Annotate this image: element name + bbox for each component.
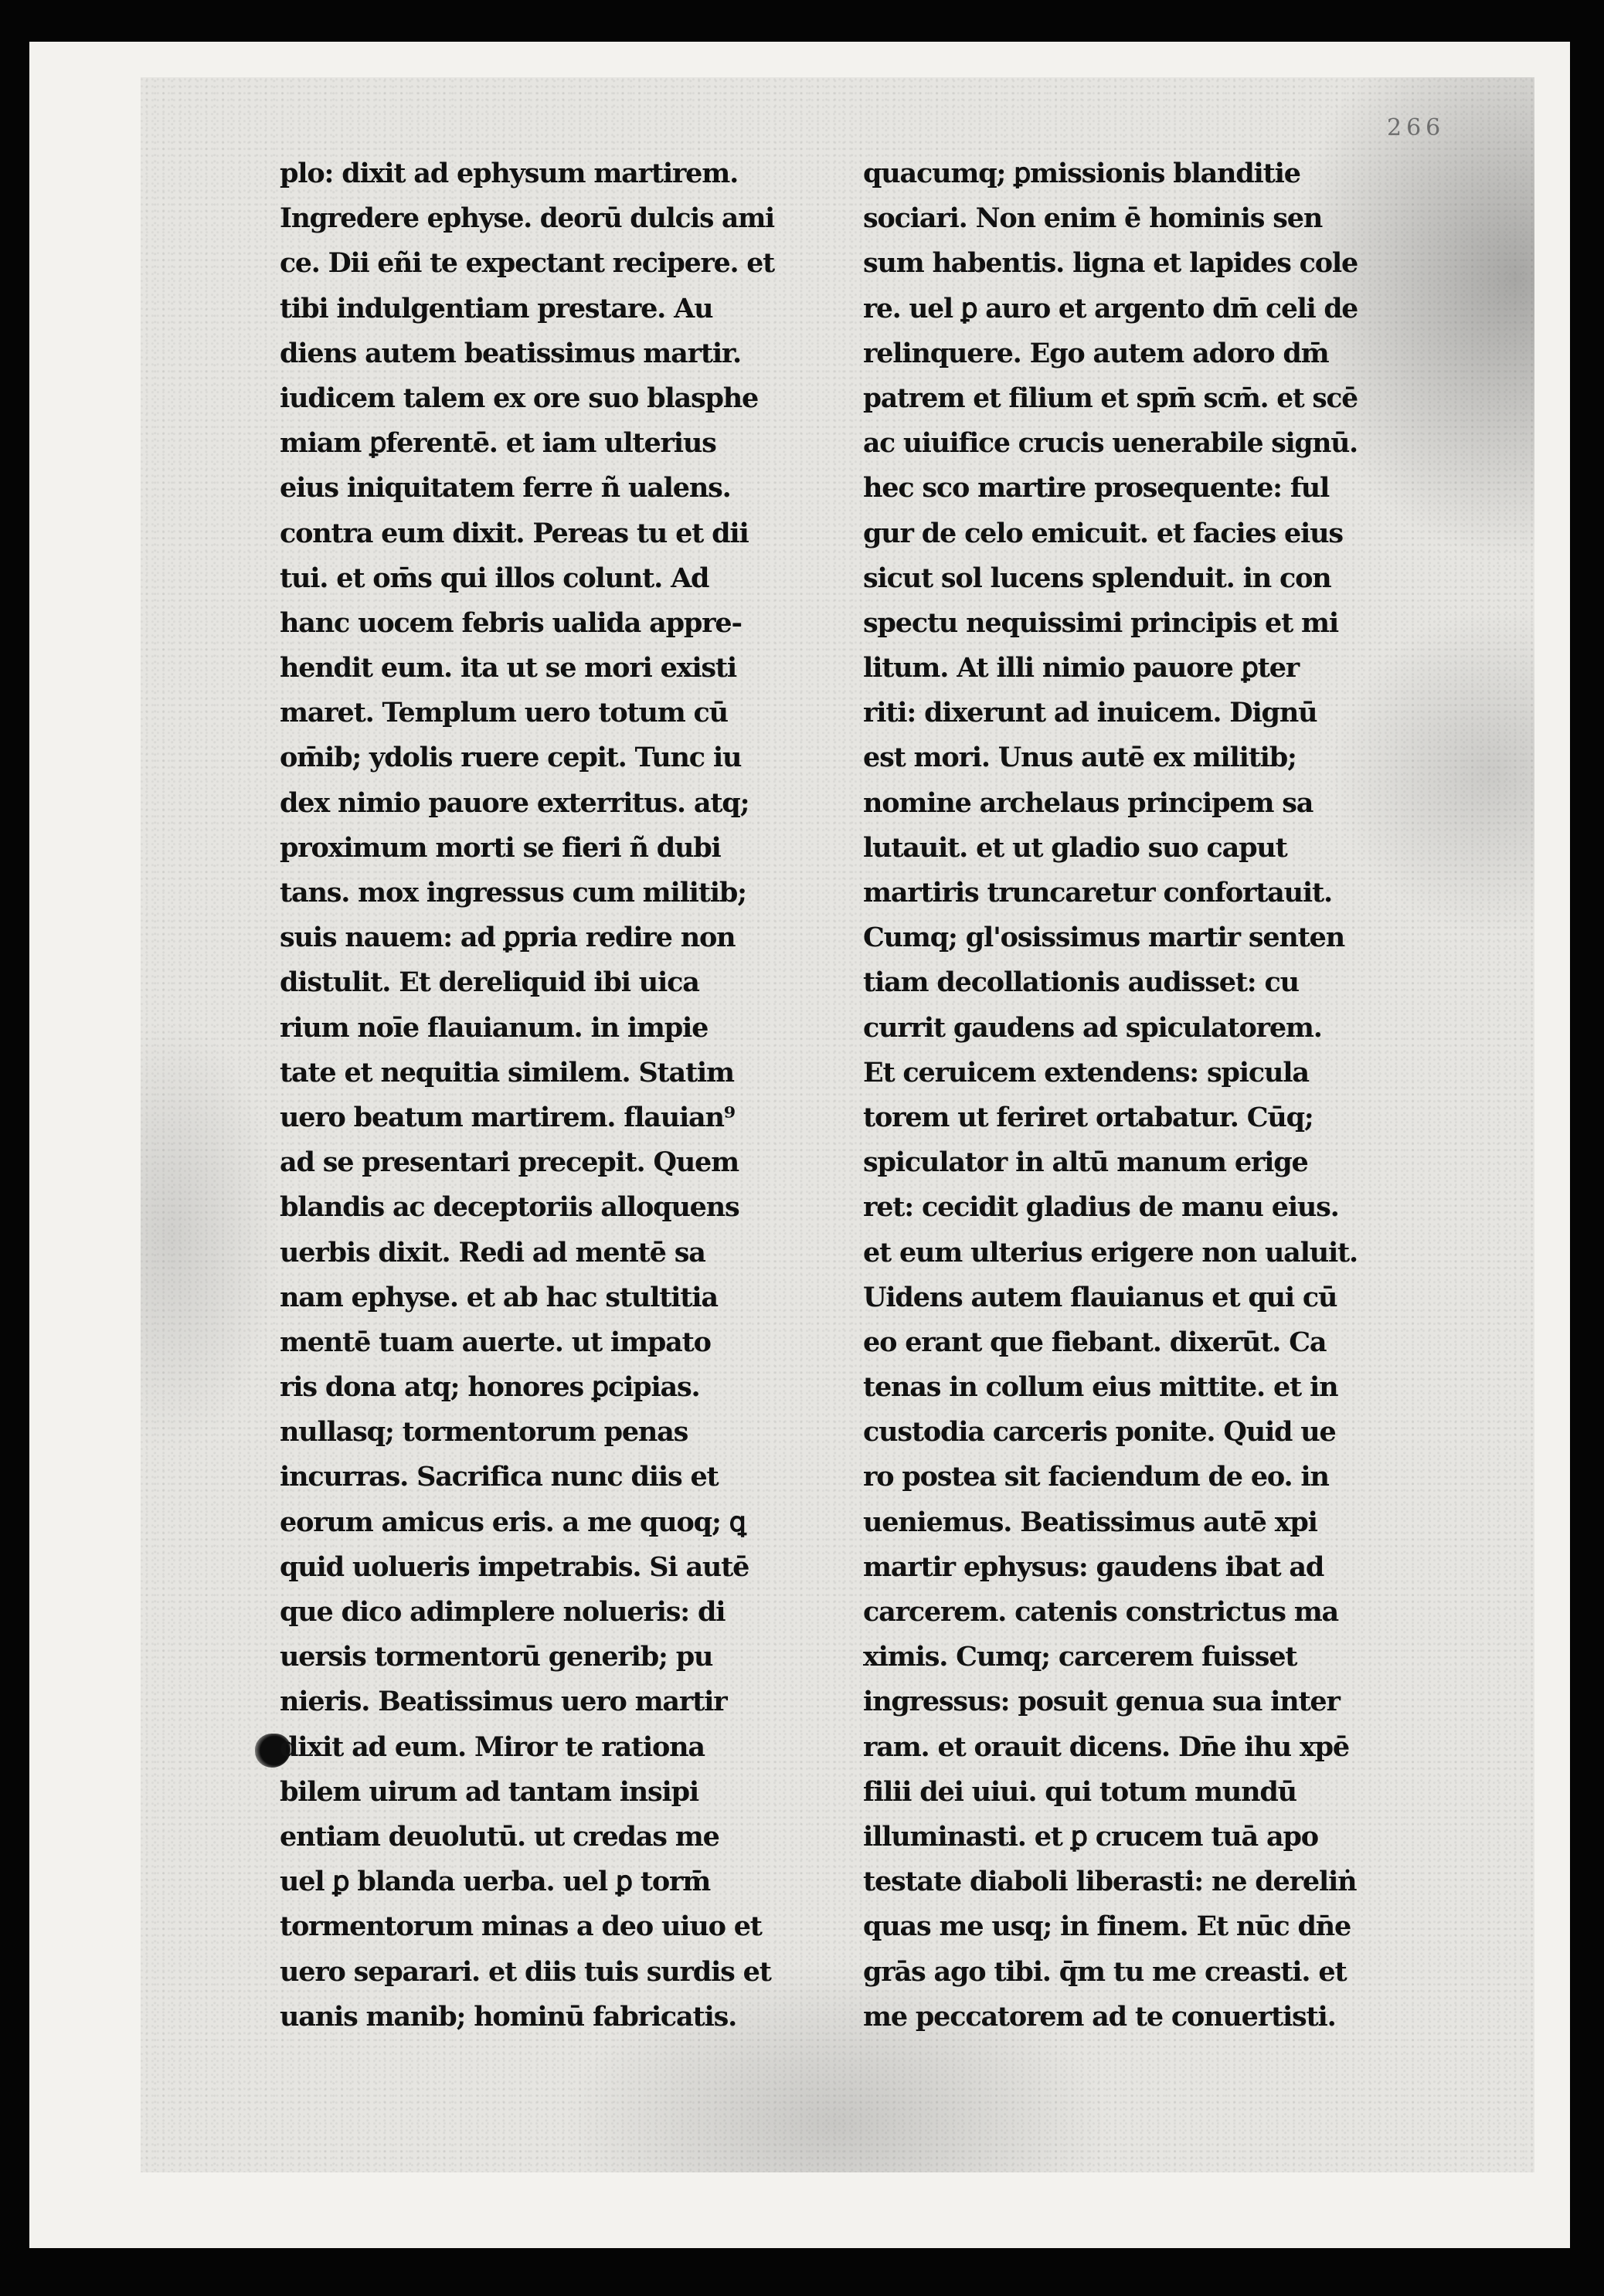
manuscript-line: carcerem. catenis constrictus ma [863,1590,1367,1635]
manuscript-line: suis nauem: ad ꝑpria redire non [280,915,785,960]
manuscript-line: uersis tormentorū generib; pu [280,1635,785,1680]
manuscript-line: ce. Dii eñi te expectant recipere. et [280,241,785,286]
manuscript-line: ret: cecidit gladius de manu eius. [863,1185,1367,1230]
manuscript-line: bilem uirum ad tantam insipi [280,1770,785,1815]
manuscript-line: ad se presentari precepit. Quem [280,1140,785,1185]
manuscript-line: iudicem talem ex ore suo blasphe [280,376,785,421]
manuscript-line: tate et nequitia similem. Statim [280,1051,785,1095]
manuscript-line: quas me usq; in finem. Et nūc dn̄e [863,1904,1367,1949]
manuscript-line: nieris. Beatissimus uero martir [280,1680,785,1724]
manuscript-line: eorum amicus eris. a me quoq; ꝗ [280,1500,785,1545]
manuscript-line: relinquere. Ego autem adoro dm̄ [863,331,1367,376]
manuscript-line: riti: dixerunt ad inuicem. Dignū [863,691,1367,735]
manuscript-line: incurras. Sacrifica nunc diis et [280,1455,785,1500]
manuscript-line: ris dona atq; honores ꝑcipias. [280,1365,785,1410]
manuscript-line: illuminasti. et ꝑ crucem tuā apo [863,1815,1367,1860]
manuscript-line: Ingredere ephyse. deorū dulcis ami [280,196,785,241]
manuscript-line: maret. Templum uero totum cū [280,691,785,735]
manuscript-line: hanc uocem febris ualida appre- [280,601,785,646]
manuscript-line: om̄ib; ydolis ruere cepit. Tunc iu [280,735,785,780]
manuscript-line: quacumq; ꝑmissionis blanditie [863,151,1367,196]
manuscript-line: dixit ad eum. Miror te rationa [280,1725,785,1770]
manuscript-line: ro postea sit faciendum de eo. in [863,1455,1367,1500]
manuscript-line: diens autem beatissimus martir. [280,331,785,376]
manuscript-line: eius iniquitatem ferre ñ ualens. [280,466,785,511]
manuscript-line: contra eum dixit. Pereas tu et dii [280,511,785,556]
manuscript-line: que dico adimplere nolueris: di [280,1590,785,1635]
manuscript-line: hec sco martire prosequente: ful [863,466,1367,511]
manuscript-line: patrem et filium et spm̄ scm̄. et scē [863,376,1367,421]
manuscript-line: miam ꝑferentē. et iam ulterius [280,421,785,466]
manuscript-line: grās ago tibi. q̄m tu me creasti. et [863,1950,1367,1995]
manuscript-line: re. uel ꝑ auro et argento dm̄ celi de [863,287,1367,331]
manuscript-line: uerbis dixit. Redi ad mentē sa [280,1231,785,1275]
manuscript-line: blandis ac deceptoriis alloquens [280,1185,785,1230]
manuscript-line: sociari. Non enim ē hominis sen [863,196,1367,241]
manuscript-line: nullasq; tormentorum penas [280,1410,785,1455]
manuscript-line: spectu nequissimi principis et mi [863,601,1367,646]
manuscript-line: tibi indulgentiam prestare. Au [280,287,785,331]
manuscript-line: tui. et om̄s qui illos colunt. Ad [280,556,785,601]
manuscript-line: litum. At illi nimio pauore ꝑter [863,646,1367,691]
manuscript-line: ueniemus. Beatissimus autē xpi [863,1500,1367,1545]
manuscript-line: testate diaboli liberasti: ne dereliṅ [863,1860,1367,1904]
manuscript-line: spiculator in altū manum erige [863,1140,1367,1185]
manuscript-line: nam ephyse. et ab hac stultitia [280,1275,785,1320]
manuscript-line: ram. et orauit dicens. Dn̄e ihu xpē [863,1725,1367,1770]
manuscript-line: lutauit. et ut gladio suo caput [863,826,1367,871]
manuscript-line: Cumq; gl'osissimus martir senten [863,915,1367,960]
manuscript-line: currit gaudens ad spiculatorem. [863,1006,1367,1051]
manuscript-line: uero separari. et diis tuis surdis et [280,1950,785,1995]
manuscript-line: filii dei uiui. qui totum mundū [863,1770,1367,1815]
manuscript-line: ingressus: posuit genua sua inter [863,1680,1367,1724]
manuscript-line: sicut sol lucens splenduit. in con [863,556,1367,601]
text-column-right: quacumq; ꝑmissionis blanditiesociari. No… [863,151,1367,2040]
manuscript-line: custodia carceris ponite. Quid ue [863,1410,1367,1455]
manuscript-line: hendit eum. ita ut se mori existi [280,646,785,691]
manuscript-line: gur de celo emicuit. et facies eius [863,511,1367,556]
manuscript-line: dex nimio pauore exterritus. atq; [280,781,785,826]
manuscript-line: eo erant que fiebant. dixerūt. Ca [863,1320,1367,1365]
manuscript-line: proximum morti se fieri ñ dubi [280,826,785,871]
manuscript-line: tans. mox ingressus cum militib; [280,871,785,915]
manuscript-line: tiam decollationis audisset: cu [863,960,1367,1005]
manuscript-line: est mori. Unus autē ex militib; [863,735,1367,780]
manuscript-line: uel ꝑ blanda uerba. uel ꝑ torm̄ [280,1860,785,1904]
manuscript-line: entiam deuolutū. ut credas me [280,1815,785,1860]
manuscript-line: tenas in collum eius mittite. et in [863,1365,1367,1410]
manuscript-line: tormentorum minas a deo uiuo et [280,1904,785,1949]
manuscript-line: me peccatorem ad te conuertisti. [863,1995,1367,2040]
manuscript-line: et eum ulterius erigere non ualuit. [863,1231,1367,1275]
manuscript-line: torem ut feriret ortabatur. Cūq; [863,1095,1367,1140]
manuscript-line: quid uolueris impetrabis. Si autē [280,1545,785,1590]
manuscript-line: ximis. Cumq; carcerem fuisset [863,1635,1367,1680]
manuscript-line: distulit. Et dereliquid ibi uica [280,960,785,1005]
manuscript-line: ac uiuifice crucis uenerabile signū. [863,421,1367,466]
manuscript-line: martiris truncaretur confortauit. [863,871,1367,915]
folio-number: 266 [1387,114,1445,141]
text-column-left: plo: dixit ad ephysum martirem.Ingredere… [280,151,785,2040]
manuscript-line: sum habentis. ligna et lapides cole [863,241,1367,286]
manuscript-line: Et ceruicem extendens: spicula [863,1051,1367,1095]
manuscript-line: rium noīe flauianum. in impie [280,1006,785,1051]
manuscript-line: uero beatum martirem. flauian⁹ [280,1095,785,1140]
manuscript-line: nomine archelaus principem sa [863,781,1367,826]
manuscript-line: plo: dixit ad ephysum martirem. [280,151,785,196]
manuscript-line: uanis manib; hominū fabricatis. [280,1995,785,2040]
manuscript-line: mentē tuam auerte. ut impato [280,1320,785,1365]
manuscript-line: Uidens autem flauianus et qui cū [863,1275,1367,1320]
manuscript-line: martir ephysus: gaudens ibat ad [863,1545,1367,1590]
